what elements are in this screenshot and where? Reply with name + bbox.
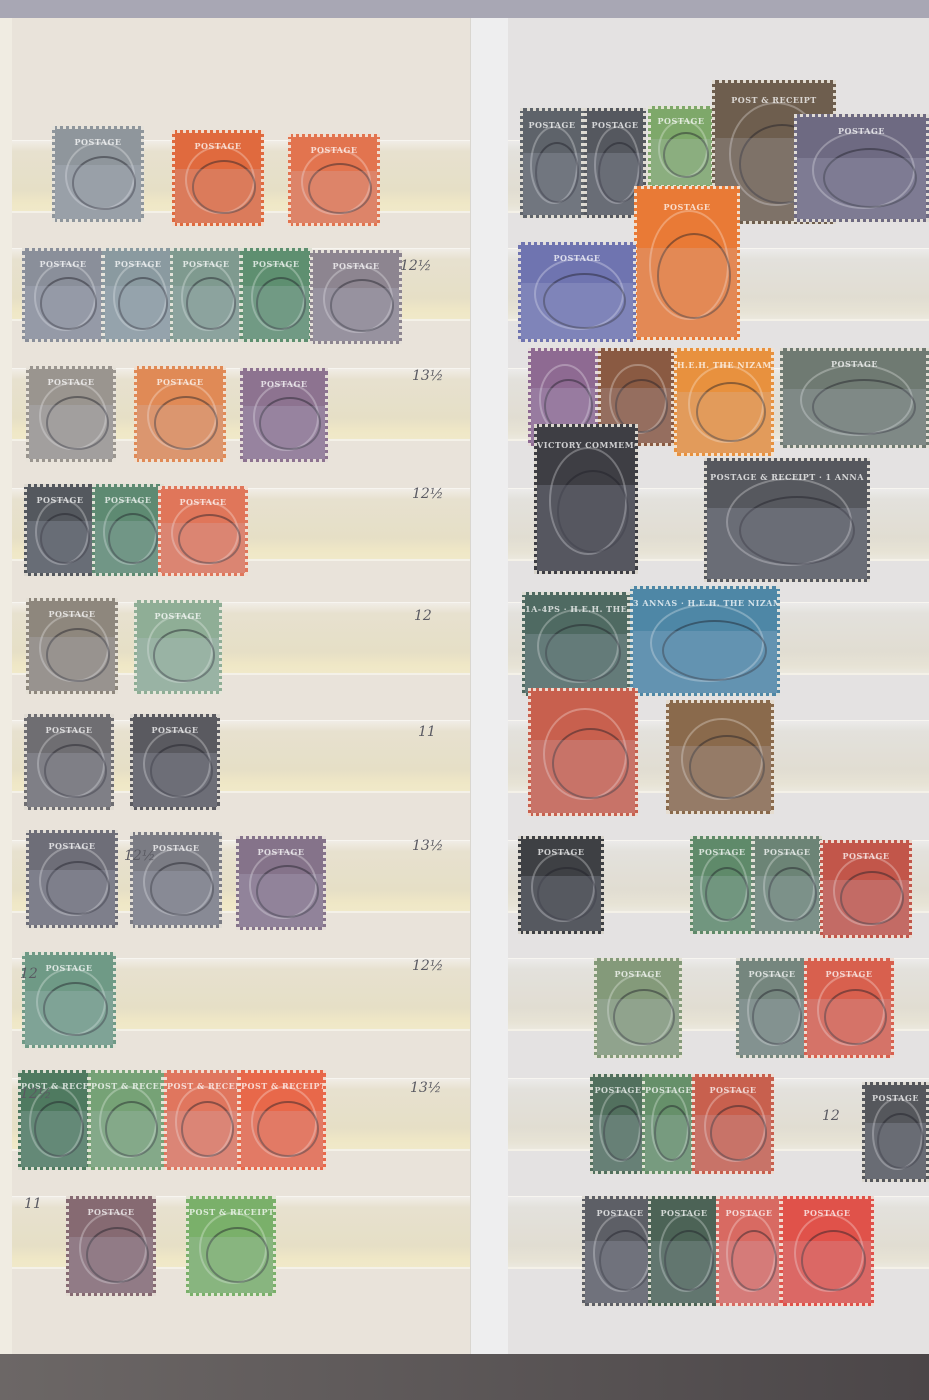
stamp[interactable]: POSTAGE	[52, 126, 144, 222]
stamp[interactable]: 1A-4PS · H.E.H. THE NIZAMS GOVT	[522, 592, 630, 696]
postmark	[662, 620, 767, 681]
stamp[interactable]: POSTAGE	[634, 186, 740, 340]
postmark	[840, 871, 904, 926]
stamp[interactable]: POSTAGE	[92, 484, 164, 576]
stamp[interactable]: POSTAGE	[692, 1074, 774, 1174]
perforation-note: 12½	[400, 258, 431, 274]
stamp-legend: H.E.H. THE NIZAM'S SILVER JUBILEE	[677, 360, 771, 370]
postmark	[812, 379, 916, 435]
stamp-legend: POSTAGE	[695, 1085, 771, 1095]
stamp-legend: POSTAGE	[521, 253, 633, 263]
stamp[interactable]: POSTAGE	[862, 1082, 929, 1182]
perforation-note: 12	[414, 608, 432, 624]
stamp-legend: POSTAGE	[161, 497, 245, 507]
perforation-note: 12½	[412, 486, 443, 502]
perforation-note: 13½	[412, 368, 443, 384]
stamp-legend: POSTAGE	[27, 495, 93, 505]
postmark	[768, 867, 817, 922]
perforation-note: 12	[20, 966, 38, 982]
stamp-legend: POSTAGE	[585, 1208, 655, 1218]
stamp[interactable]: POSTAGE	[648, 1196, 720, 1306]
postmark	[153, 629, 214, 681]
postmark	[259, 397, 320, 449]
stamp-legend: POST & RECEIPT	[167, 1081, 237, 1091]
perforation-note: 11	[24, 1196, 42, 1212]
perforation-note: 12	[822, 1108, 840, 1124]
postmark	[710, 1105, 767, 1161]
postmark	[154, 396, 218, 450]
stamp[interactable]: POSTAGE	[804, 958, 894, 1058]
stamp[interactable]: POSTAGE	[240, 368, 328, 462]
perforation-note: 13½	[412, 838, 443, 854]
stamp-legend: POSTAGE	[865, 1093, 926, 1103]
stamp[interactable]: POSTAGE	[24, 714, 114, 810]
postmark	[150, 862, 214, 916]
stamp[interactable]: POSTAGE	[240, 248, 312, 342]
postmark	[663, 132, 709, 178]
stamp-legend: POSTAGE	[823, 851, 909, 861]
stamp-legend: POSTAGE	[521, 847, 601, 857]
stamp-legend: POSTAGE	[693, 847, 751, 857]
stamp[interactable]: POST & RECEIPT	[18, 1070, 90, 1170]
stamp[interactable]: POSTAGE	[310, 250, 402, 344]
perforation-note: 12½	[124, 848, 155, 864]
postmark	[739, 496, 855, 565]
postmark	[181, 1101, 234, 1157]
postmark	[44, 744, 107, 798]
stamp[interactable]: POSTAGE	[26, 598, 118, 694]
stamp[interactable]: POSTAGE	[736, 958, 808, 1058]
album-page-right: POSTAGEPOSTAGEPOSTAGEPOST & RECEIPTPOSTA…	[508, 18, 929, 1358]
stamp-legend: POSTAGE	[645, 1085, 691, 1095]
stamp[interactable]	[528, 688, 638, 816]
stamp[interactable]: POSTAGE	[102, 248, 174, 342]
perforation-note: 13½	[410, 1080, 441, 1096]
stamp-legend: POSTAGE & RECEIPT · 1 ANNA	[707, 472, 867, 482]
stamp[interactable]: POSTAGE	[520, 108, 584, 218]
stamp[interactable]: VICTORY COMMEMORATION · HYDERABAD	[534, 424, 638, 574]
stamp-legend: POSTAGE	[29, 377, 113, 387]
stamp[interactable]: POSTAGE	[518, 242, 636, 342]
stamp-legend: POSTAGE	[651, 116, 711, 126]
postmark	[689, 735, 764, 798]
postmark	[823, 148, 917, 208]
postmark	[192, 160, 256, 214]
postmark	[545, 624, 620, 682]
stamp-legend: POSTAGE	[783, 359, 926, 369]
stamp-legend: POSTAGE	[797, 126, 926, 136]
stamp[interactable]: POSTAGE	[648, 106, 714, 188]
postmark	[46, 861, 110, 916]
stamp[interactable]: POSTAGE	[26, 830, 118, 928]
album-page-left: POSTAGEPOSTAGEPOSTAGEPOSTAGEPOSTAGEPOSTA…	[12, 18, 470, 1358]
album-gutter	[470, 18, 510, 1358]
stamp[interactable]: POSTAGE & RECEIPT · 1 ANNA	[704, 458, 870, 582]
postmark	[206, 1227, 269, 1283]
stamp-legend: POSTAGE	[25, 963, 113, 973]
postmark	[824, 989, 887, 1045]
stamp-legend: POSTAGE	[29, 609, 115, 619]
stamp-legend: POSTAGE	[291, 145, 377, 155]
stamp[interactable]: POSTAGE	[130, 832, 222, 928]
stamp[interactable]: POSTAGE	[594, 958, 682, 1058]
postmark	[308, 163, 372, 214]
stamp-legend: POSTAGE	[593, 1085, 643, 1095]
stamp-legend: POSTAGE	[29, 841, 115, 851]
postmark	[330, 279, 394, 331]
stamp[interactable]: POSTAGE	[690, 836, 754, 934]
stamp-legend: 1A-4PS · H.E.H. THE NIZAMS GOVT	[525, 604, 627, 614]
stamp[interactable]: POST & RECEIPT	[238, 1070, 326, 1170]
stamp-legend: POSTAGE	[27, 725, 111, 735]
stamp-legend: POSTAGE	[25, 259, 101, 269]
stamp-legend: VICTORY COMMEMORATION · HYDERABAD	[537, 440, 635, 450]
postmark	[108, 513, 158, 564]
postmark	[599, 1230, 652, 1291]
stamp[interactable]: POSTAGE	[716, 1196, 782, 1306]
stamp-legend: POST & RECEIPT	[241, 1081, 323, 1091]
stamp-legend: POSTAGE	[651, 1208, 717, 1218]
stamp[interactable]: POST & RECEIPT	[164, 1070, 240, 1170]
stamp-legend: POSTAGE	[243, 379, 325, 389]
perforation-note: 12½	[20, 1086, 51, 1102]
postmark	[552, 728, 629, 799]
stamp-legend: POST & RECEIPT	[189, 1207, 273, 1217]
postmark	[731, 1230, 777, 1291]
stamp-legend: POSTAGE	[105, 259, 171, 269]
perforation-note: 12½	[412, 958, 443, 974]
stamp[interactable]: POSTAGE	[26, 366, 116, 462]
stamp[interactable]: POSTAGE	[172, 130, 264, 226]
stamp[interactable]: POSTAGE	[780, 1196, 874, 1306]
stamp[interactable]: POSTAGE	[66, 1196, 156, 1296]
stamp-legend: POSTAGE	[523, 120, 581, 130]
postmark	[46, 396, 109, 450]
postmark	[40, 277, 97, 329]
stamp-legend: POST & RECEIPT	[91, 1081, 161, 1091]
postmark	[46, 628, 110, 682]
postmark	[603, 1105, 642, 1161]
stamp[interactable]: POSTAGE	[590, 1074, 646, 1174]
stamp[interactable]: POSTAGE	[752, 836, 822, 934]
stamp[interactable]: POSTAGE	[794, 114, 929, 222]
stamp[interactable]	[666, 700, 774, 814]
postmark	[43, 982, 109, 1036]
stamp-legend: POSTAGE	[55, 137, 141, 147]
stamp[interactable]: POSTAGE	[518, 836, 604, 934]
stamp[interactable]: POSTAGE	[158, 486, 248, 576]
postmark	[801, 1230, 867, 1291]
stamp-legend: POSTAGE	[783, 1208, 871, 1218]
stamp[interactable]: POSTAGE	[22, 248, 104, 342]
postmark	[657, 233, 731, 318]
stamp-legend: POSTAGE	[95, 495, 161, 505]
postmark	[537, 867, 597, 922]
table-surface	[0, 1354, 929, 1400]
postmark	[705, 867, 750, 922]
postmark	[557, 470, 630, 553]
postmark	[877, 1113, 924, 1169]
stamp-legend: POSTAGE	[173, 259, 239, 269]
stamp[interactable]: POST & RECEIPT	[88, 1070, 164, 1170]
stamp-legend: POSTAGE	[719, 1208, 779, 1218]
postmark	[105, 1101, 158, 1157]
postmark	[72, 156, 136, 210]
stamp-legend: POSTAGE	[175, 141, 261, 151]
stamp[interactable]: POSTAGE	[642, 1074, 694, 1174]
postmark	[654, 1105, 690, 1161]
stamp-legend: POSTAGE	[69, 1207, 153, 1217]
stamp[interactable]: POSTAGE	[134, 366, 226, 462]
stamp-legend: POSTAGE	[587, 120, 643, 130]
stamp[interactable]: POSTAGE	[236, 836, 326, 930]
stamp[interactable]: POSTAGE	[130, 714, 220, 810]
stamp[interactable]: POSTAGE	[582, 1196, 658, 1306]
postmark	[86, 1227, 149, 1283]
stamp-legend: POST & RECEIPT	[715, 95, 833, 105]
stamp[interactable]: POSTAGE	[820, 840, 912, 938]
perforation-note: 11	[418, 724, 436, 740]
postmark	[178, 514, 241, 564]
stamp[interactable]: 3 ANNAS · H.E.H. THE NIZAMS GOVT POSTAGE	[630, 586, 780, 696]
postmark	[186, 277, 236, 329]
postmark	[696, 382, 766, 442]
stamp-legend: POSTAGE	[597, 969, 679, 979]
stamp-legend: POSTAGE	[637, 202, 737, 212]
stamp[interactable]: POSTAGE	[134, 600, 222, 694]
postmark	[543, 273, 625, 329]
stamp[interactable]: POSTAGE	[780, 348, 929, 448]
postmark	[40, 513, 90, 564]
stamp[interactable]: POST & RECEIPT	[186, 1196, 276, 1296]
stamp-legend: POSTAGE	[739, 969, 805, 979]
stamp-legend: POSTAGE	[133, 725, 217, 735]
postmark	[118, 277, 168, 329]
stamp-legend: POSTAGE	[137, 611, 219, 621]
stamp-legend: POSTAGE	[137, 377, 223, 387]
postmark	[613, 989, 674, 1045]
stamp-legend: POSTAGE	[755, 847, 819, 857]
postmark	[256, 865, 319, 917]
stamp[interactable]: POSTAGE	[170, 248, 242, 342]
postmark	[256, 277, 306, 329]
postmark	[150, 744, 213, 798]
stamp-legend: POSTAGE	[239, 847, 323, 857]
stamp-legend: POSTAGE	[243, 259, 309, 269]
stamp-legend: 3 ANNAS · H.E.H. THE NIZAMS GOVT POSTAGE	[633, 598, 777, 608]
stamp-legend: POSTAGE	[807, 969, 891, 979]
stamp[interactable]: POSTAGE	[288, 134, 380, 226]
postmark	[257, 1101, 318, 1157]
postmark	[664, 1230, 714, 1291]
stamp-legend: POSTAGE	[313, 261, 399, 271]
stamp[interactable]: POSTAGE	[24, 484, 96, 576]
postmark	[535, 142, 580, 203]
postmark	[752, 989, 802, 1045]
postmark	[34, 1101, 84, 1157]
stamp[interactable]: H.E.H. THE NIZAM'S SILVER JUBILEE	[674, 348, 774, 456]
